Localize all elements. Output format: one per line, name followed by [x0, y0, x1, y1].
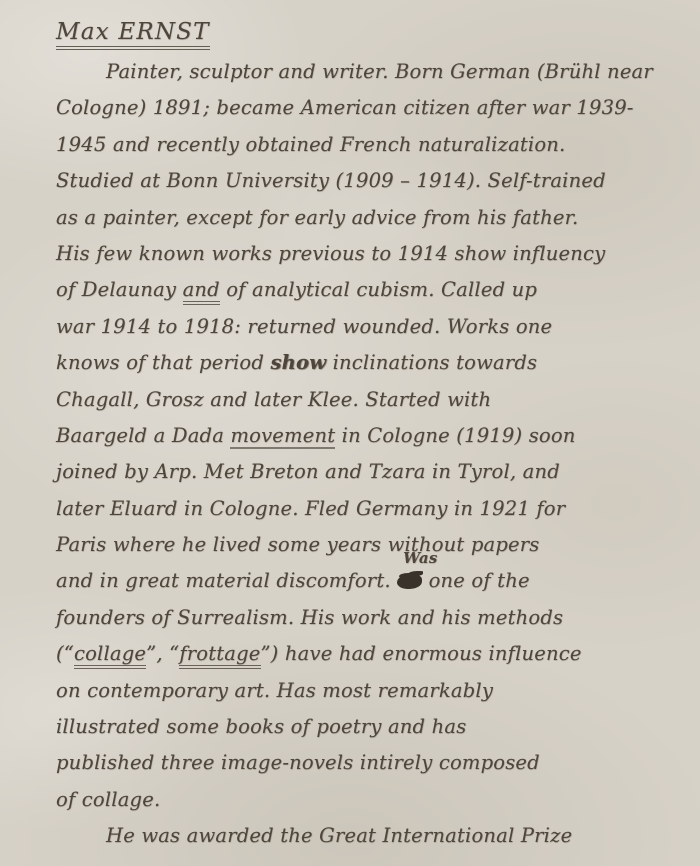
correction: Was [397, 563, 422, 599]
text-line: (“collage”, “frottage”) have had enormou… [56, 636, 696, 672]
text-line: Paris where he lived some years without … [56, 527, 696, 563]
text-line: He was awarded the Great International P… [56, 818, 696, 854]
ink-blot [397, 574, 422, 589]
underlined-word: frottage [179, 642, 260, 669]
text-line: Chagall, Grosz and later Klee. Started w… [56, 382, 696, 418]
text-line: of Delaunay and of analytical cubism. Ca… [56, 272, 696, 308]
text-line: His few known works previous to 1914 sho… [56, 236, 696, 272]
text-line: knows of that period show inclinations t… [56, 345, 696, 381]
text-line: published three image-novels intirely co… [56, 745, 696, 781]
underlined-word: collage [74, 642, 146, 669]
text-line: Baargeld a Dada movement in Cologne (191… [56, 418, 696, 454]
text-line: as a painter, except for early advice fr… [56, 200, 696, 236]
document-title: Max ERNST [56, 10, 696, 54]
text-line: on contemporary art. Has most remarkably [56, 673, 696, 709]
text-line: of collage. [56, 782, 696, 818]
underlined-word: and [183, 278, 220, 305]
underlined-word: movement [230, 424, 335, 449]
manuscript-page: Max ERNST Painter, sculptor and writer. … [0, 0, 700, 855]
text-line: Painter, sculptor and writer. Born Germa… [56, 54, 696, 90]
text-line: Studied at Bonn University (1909 – 1914)… [56, 163, 696, 199]
text-line: Cologne) 1891; became American citizen a… [56, 90, 696, 126]
text-line: joined by Arp. Met Breton and Tzara in T… [56, 454, 696, 490]
inserted-word: Was [403, 551, 437, 566]
title-underlined-text: Max ERNST [56, 19, 210, 50]
text-line: and in great material discomfort. Was on… [56, 563, 696, 599]
text-line: founders of Surrealism. His work and his… [56, 600, 696, 636]
text-line: war 1914 to 1918: returned wounded. Work… [56, 309, 696, 345]
text-line: illustrated some books of poetry and has [56, 709, 696, 745]
overwritten-word: show [270, 351, 326, 374]
text-line: 1945 and recently obtained French natura… [56, 127, 696, 163]
text-line: later Eluard in Cologne. Fled Germany in… [56, 491, 696, 527]
